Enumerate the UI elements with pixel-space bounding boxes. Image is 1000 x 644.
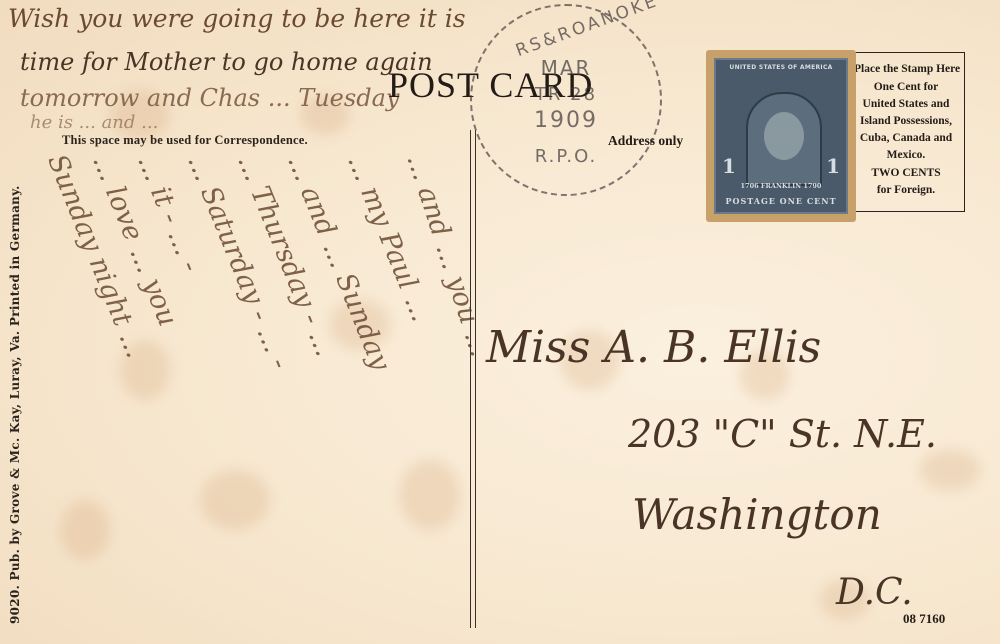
stamp-box-line: One Cent for — [854, 81, 958, 93]
message-vertical-line: ... and ... you ... — [401, 150, 496, 360]
postcard: 9020. Pub. by Grove & Mc. Kay, Luray, Va… — [0, 0, 1000, 644]
stamp-name: 1706 FRANKLIN 1790 — [722, 182, 840, 190]
stamp-denomination: 1 — [722, 154, 736, 178]
message-line: tomorrow and Chas ... Tuesday — [20, 84, 399, 112]
stamp-value: POSTAGE ONE CENT — [722, 196, 840, 206]
stain — [200, 470, 270, 530]
stain — [400, 460, 460, 530]
message-line: he is ... and ... — [30, 112, 158, 133]
message-line: time for Mother to go home again — [20, 48, 433, 76]
publisher-line: 9020. Pub. by Grove & Mc. Kay, Luray, Va… — [8, 24, 26, 624]
stain — [60, 500, 110, 560]
stamp-box-line: TWO CENTS — [854, 167, 958, 179]
stamp-box-line: for Foreign. — [854, 184, 958, 196]
correspondence-label: This space may be used for Correspondenc… — [62, 133, 308, 148]
serial-number: 08 7160 — [903, 611, 945, 627]
stamp-box-line: Mexico. — [854, 149, 958, 161]
postmark-year: 1909 — [472, 108, 660, 133]
postmark: RS&ROANOKE MAR TR 28 1909 R.P.O. — [470, 4, 662, 196]
stamp-box-line: Cuba, Canada and — [854, 132, 958, 144]
divider-line — [470, 130, 476, 628]
stamp-box-line: Island Possessions, — [854, 115, 958, 127]
stamp-box-line: Place the Stamp Here — [854, 63, 958, 75]
message-line: Wish you were going to be here it is — [8, 4, 466, 33]
recipient-state: D.C. — [836, 572, 913, 613]
stamp-box-line: United States and — [854, 98, 958, 110]
franklin-portrait-icon — [764, 112, 804, 160]
stain — [920, 450, 980, 490]
recipient-city: Washington — [632, 490, 882, 539]
stamp-frame: UNITED STATES OF AMERICA 1 1 1706 FRANKL… — [714, 58, 848, 214]
stamp-instructions-box: Place the Stamp Here One Cent for United… — [845, 52, 965, 212]
postmark-month: MAR — [472, 56, 660, 80]
postmark-train: TR 28 — [472, 84, 660, 105]
recipient-name: Miss A. B. Ellis — [486, 322, 821, 373]
postmark-bottom: R.P.O. — [472, 146, 660, 167]
postage-stamp: UNITED STATES OF AMERICA 1 1 1706 FRANKL… — [706, 50, 856, 222]
stamp-portrait — [746, 92, 822, 186]
postmark-arc-text: RS&ROANOKE — [513, 0, 661, 61]
stamp-country: UNITED STATES OF AMERICA — [722, 64, 840, 71]
recipient-street: 203 "C" St. N.E. — [628, 412, 937, 456]
address-label: Address only — [608, 133, 683, 149]
stamp-denomination: 1 — [826, 154, 840, 178]
